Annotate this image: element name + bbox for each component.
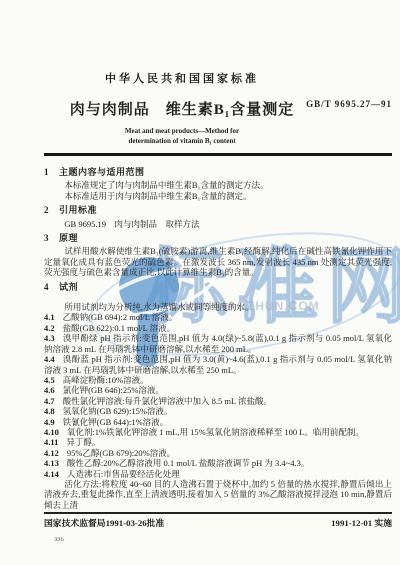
reagent-item: 4.13酸性乙醇:20%乙醇溶液用 0.1 mol/L 盐酸溶液调节 pH 为 … <box>44 458 392 468</box>
reagent-item-text: 盐酸(GB 622):0.1 mol/L 溶液。 <box>63 323 176 333</box>
reagent-item-number: 4.11 <box>44 437 58 447</box>
reagent-item: 4.11异丁醇。 <box>44 437 392 447</box>
page-number: 336 <box>54 536 64 543</box>
reagent-item-text: 氧化剂:1%铁氰化钾溶液 1 mL,用 15%氢氧化钠溶液稀释至 100 L。临… <box>67 427 364 437</box>
reagent-item: 4.14人造沸石:市售品要经活化处理 <box>44 469 392 479</box>
section-4-number: 4 <box>44 282 49 292</box>
reagent-item-text: 人造沸石:市售品要经活化处理 <box>67 469 180 479</box>
section-2-heading: 2引用标准 <box>44 205 392 215</box>
reagents-intro: 所用试剂均为分析纯,水为蒸馏水或同等纯度的水。 <box>44 302 392 312</box>
section-4-title: 试剂 <box>59 282 78 292</box>
document-page: 标准网 WWW.iBIAOZHUN.COM 中华人民共和国国家标准 肉与肉制品 … <box>0 0 400 565</box>
reagent-item-number: 4.8 <box>44 406 55 416</box>
reagent-item-text: 异丁醇。 <box>66 437 100 447</box>
document-footer: 国家技术监督局1991-03-26批准 1991-12-01 实施 <box>44 516 392 529</box>
reagent-item-text: 高峰淀粉酶:10%溶液。 <box>63 375 149 385</box>
reagent-item: 4.1295%乙醇(GB 679):20%溶液。 <box>44 448 392 458</box>
section-1-number: 1 <box>44 167 49 177</box>
section-4-heading: 4试剂 <box>44 282 392 292</box>
document-title-cn: 肉与肉制品 维生素B₁含量测定 <box>44 98 320 119</box>
section-2-title: 引用标准 <box>59 205 97 215</box>
reagent-item-number: 4.7 <box>44 396 55 406</box>
reagent-item-text: 溴甲酚绿 pH 指示剂:变色范围,pH 值为 4.0(绿)~5.8(蓝),0.1… <box>44 333 392 353</box>
footer-divider <box>44 512 392 514</box>
reagent-item-text: 氢氧化钠(GB 629):15%溶液。 <box>63 406 173 416</box>
reagent-item-text: 氯化钾(GB 646):25%溶液。 <box>63 385 164 395</box>
referenced-standard: GB 9695.19 肉与肉制品 取样方法 <box>44 219 392 229</box>
section-1-title: 主题内容与适用范围 <box>59 167 145 177</box>
reagent-item: 4.5高峰淀粉酶:10%溶液。 <box>44 375 392 385</box>
reagent-item: 4.8氢氧化钠(GB 629):15%溶液。 <box>44 406 392 416</box>
section-1-paragraph-2: 本标准适用于肉与肉制品中维生素B₁含量的测定。 <box>44 191 392 201</box>
reagent-item: 4.4溴酚蓝 pH 指示剂:变色范围,pH 值为 3.0(黄)~4.6(蓝),0… <box>44 354 392 375</box>
zeolite-activation-note: 活化方法:将粒度 40~60 目的人造沸石置于烧杯中,加约 5 倍量的热水搅拌,… <box>44 479 392 510</box>
reagent-item: 4.3溴甲酚绿 pH 指示剂:变色范围,pH 值为 4.0(绿)~5.8(蓝),… <box>44 333 392 354</box>
implementation-date: 1991-12-01 实施 <box>331 516 392 529</box>
header-divider <box>44 153 392 156</box>
document-title-en-line1: Meat and meat products—Method for <box>44 126 320 136</box>
reagent-item-number: 4.10 <box>44 427 59 437</box>
standard-number: GB/T 9695.27—91 <box>306 99 392 109</box>
reagent-item-text: 乙酸钠(GB 694):2 mol/L 溶液。 <box>63 312 178 322</box>
reagent-item: 4.7酸性氯化钾溶液:每升氯化钾溶液中加入 8.5 mL 浓盐酸。 <box>44 396 392 406</box>
approval-note: 国家技术监督局1991-03-26批准 <box>44 516 164 529</box>
reagent-item-text: 95%乙醇(GB 679):20%溶液。 <box>67 448 175 458</box>
reagent-item-number: 4.12 <box>44 448 59 458</box>
document-title-en-line2: determination of vitamin B₁ content <box>44 136 320 146</box>
reagent-item-number: 4.2 <box>44 323 55 333</box>
section-1-paragraph-1: 本标准规定了肉与肉制品中维生素B₁含量的测定方法。 <box>44 180 392 190</box>
section-3-heading: 3原理 <box>44 233 392 243</box>
reagent-item-text: 溴酚蓝 pH 指示剂:变色范围,pH 值为 3.0(黄)~4.6(蓝),0.1 … <box>44 354 392 374</box>
reagent-item-number: 4.1 <box>44 312 55 322</box>
reagent-item-number: 4.4 <box>44 354 55 364</box>
reagent-item: 4.9铁氰化钾(GB 644):1%溶液。 <box>44 417 392 427</box>
document-header: 中华人民共和国国家标准 肉与肉制品 维生素B₁含量测定 Meat and mea… <box>44 70 320 146</box>
reagent-item-number: 4.13 <box>44 458 59 468</box>
section-1-heading: 1主题内容与适用范围 <box>44 167 392 177</box>
section-3-number: 3 <box>44 233 49 243</box>
reagent-item-text: 酸性乙醇:20%乙醇溶液用 0.1 mol/L 盐酸溶液调节 pH 为 3.4~… <box>67 458 310 468</box>
reagent-item: 4.6氯化钾(GB 646):25%溶液。 <box>44 385 392 395</box>
section-3-title: 原理 <box>59 233 78 243</box>
reagent-item-number: 4.5 <box>44 375 55 385</box>
reagent-item: 4.10氧化剂:1%铁氰化钾溶液 1 mL,用 15%氢氧化钠溶液稀释至 100… <box>44 427 392 437</box>
reagent-item-text: 酸性氯化钾溶液:每升氯化钾溶液中加入 8.5 mL 浓盐酸。 <box>63 396 272 406</box>
section-3-paragraph: 试样用酸水解使维生素B₁(硫胺素)游离,维生素B₁经酶解,纯化后在碱性高铁氰化钾… <box>44 246 392 277</box>
reagent-item-number: 4.14 <box>44 469 59 479</box>
reagent-item-number: 4.9 <box>44 417 55 427</box>
reagent-item: 4.2盐酸(GB 622):0.1 mol/L 溶液。 <box>44 323 392 333</box>
reagent-item-text: 铁氰化钾(GB 644):1%溶液。 <box>63 417 169 427</box>
standard-authority-label: 中华人民共和国国家标准 <box>44 70 320 86</box>
reagent-item-number: 4.6 <box>44 385 55 395</box>
document-body: 1主题内容与适用范围 本标准规定了肉与肉制品中维生素B₁含量的测定方法。 本标准… <box>44 163 392 510</box>
section-2-number: 2 <box>44 205 49 215</box>
reagent-item: 4.1乙酸钠(GB 694):2 mol/L 溶液。 <box>44 312 392 322</box>
reagent-item-number: 4.3 <box>44 333 55 343</box>
